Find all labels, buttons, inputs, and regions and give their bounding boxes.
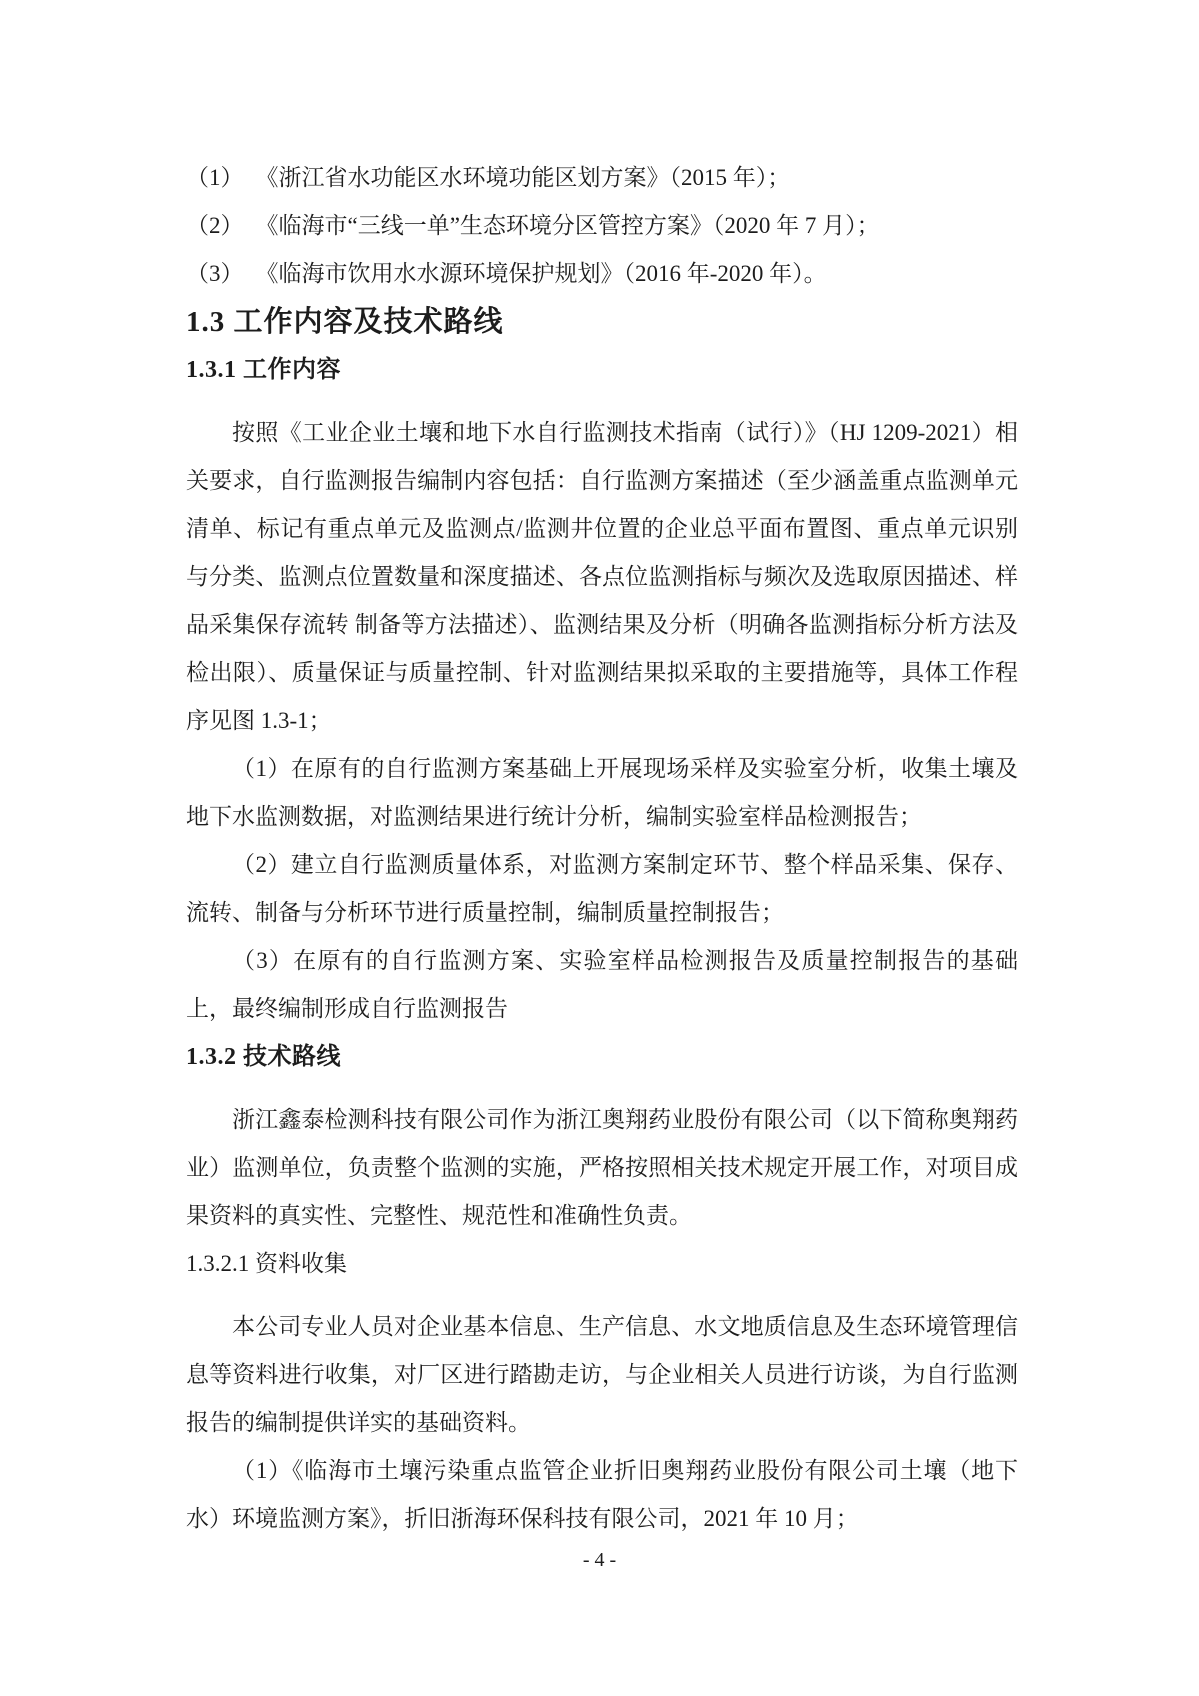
list-marker: （1） [186,154,244,202]
section-heading-1-3: 1.3 工作内容及技术路线 [186,298,1018,346]
paragraph-data-collection: 本公司专业人员对企业基本信息、生产信息、水文地质信息及生态环境管理信息等资料进行… [186,1303,1018,1447]
document-page: （1）《浙江省水功能区水环境功能区划方案》（2015 年）； （2）《临海市“三… [0,0,1199,1696]
paragraph-technical-route: 浙江鑫泰检测科技有限公司作为浙江奥翔药业股份有限公司（以下简称奥翔药业）监测单位… [186,1096,1018,1240]
paragraph-work-content-overview: 按照《工业企业土壤和地下水自行监测技术指南（试行）》（HJ 1209-2021）… [186,409,1018,745]
reference-text: 《浙江省水功能区水环境功能区划方案》（2015 年）； [256,165,791,190]
paragraph-task-1: （1）在原有的自行监测方案基础上开展现场采样及实验室分析，收集土壤及地下水监测数… [186,745,1018,841]
paragraph-task-2: （2）建立自行监测质量体系，对监测方案制定环节、整个样品采集、保存、流转、制备与… [186,841,1018,937]
page-number: - 4 - [583,1549,616,1571]
list-marker: （3） [186,250,244,298]
subsection-heading-1-3-1: 1.3.1 工作内容 [186,346,1018,394]
subsection-heading-1-3-2: 1.3.2 技术路线 [186,1033,1018,1081]
page-content: （1）《浙江省水功能区水环境功能区划方案》（2015 年）； （2）《临海市“三… [186,154,1018,1543]
reference-text: 《临海市饮用水水源环境保护规划》（2016 年-2020 年）。 [256,261,827,286]
list-marker: （2） [186,202,244,250]
reference-list-item-1: （1）《浙江省水功能区水环境功能区划方案》（2015 年）； [186,154,1018,202]
page-footer: - 4 - [0,1545,1199,1575]
subsection-heading-1-3-2-1: 1.3.2.1 资料收集 [186,1240,1018,1288]
reference-list-item-2: （2）《临海市“三线一单”生态环境分区管控方案》（2020 年 7 月）； [186,202,1018,250]
paragraph-data-collection-item-1: （1）《临海市土壤污染重点监管企业折旧奥翔药业股份有限公司土壤（地下水）环境监测… [186,1447,1018,1543]
reference-list-item-3: （3）《临海市饮用水水源环境保护规划》（2016 年-2020 年）。 [186,250,1018,298]
reference-text: 《临海市“三线一单”生态环境分区管控方案》（2020 年 7 月）； [256,213,880,238]
paragraph-task-3: （3）在原有的自行监测方案、实验室样品检测报告及质量控制报告的基础上，最终编制形… [186,937,1018,1033]
